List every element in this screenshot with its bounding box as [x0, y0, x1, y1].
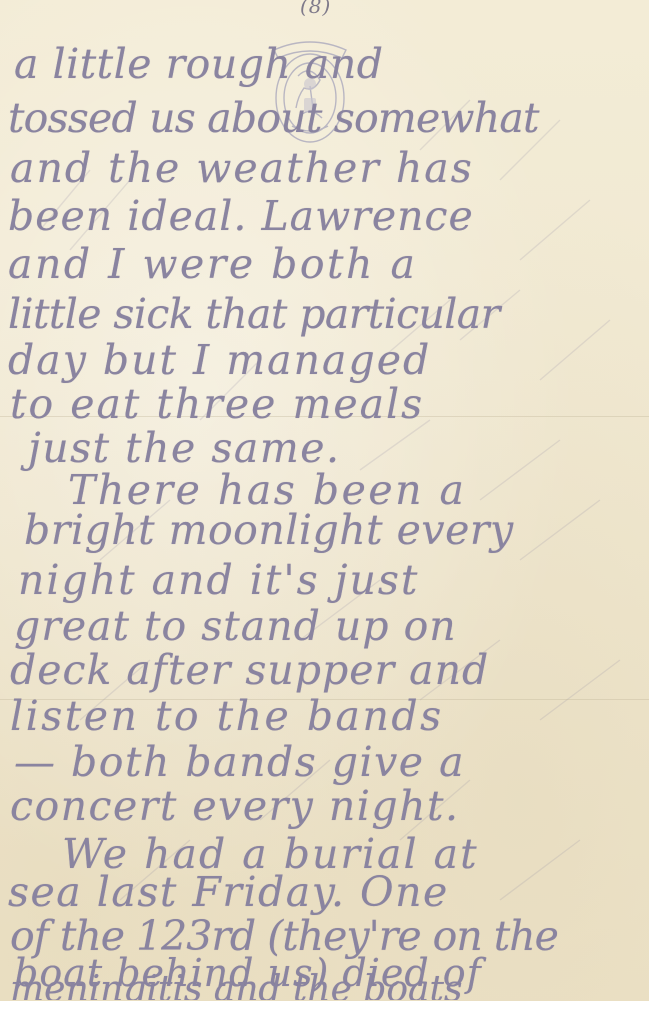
handwritten-line: night and it's just — [18, 560, 419, 601]
handwritten-line: sea last Friday. One — [8, 872, 449, 913]
handwritten-line: day but I managed — [8, 340, 431, 381]
handwritten-line: just the same. — [28, 428, 341, 469]
handwritten-line: — both bands give a — [14, 742, 465, 783]
handwritten-line: listen to the bands — [10, 696, 444, 737]
handwritten-line: and the weather has — [10, 148, 474, 189]
handwritten-line: great to stand up on — [14, 606, 457, 647]
handwritten-line: concert every night. — [10, 786, 460, 827]
scan-margin — [0, 1001, 649, 1024]
page-number: (8) — [300, 0, 331, 18]
handwritten-line: deck after supper and — [10, 650, 489, 691]
letter-page: (8) a little rough and tossed us about s… — [0, 0, 649, 1001]
handwritten-line: and I were both a — [8, 244, 417, 285]
handwritten-line: little sick that particular — [8, 294, 500, 335]
handwritten-line: There has been a — [68, 470, 467, 511]
handwritten-line: been ideal. Lawrence — [8, 196, 474, 237]
handwritten-line: tossed us about somewhat — [8, 98, 539, 139]
handwritten-line: to eat three meals — [10, 384, 424, 425]
handwritten-line: bright moonlight every — [24, 510, 514, 551]
handwritten-line: a little rough and — [14, 44, 384, 85]
